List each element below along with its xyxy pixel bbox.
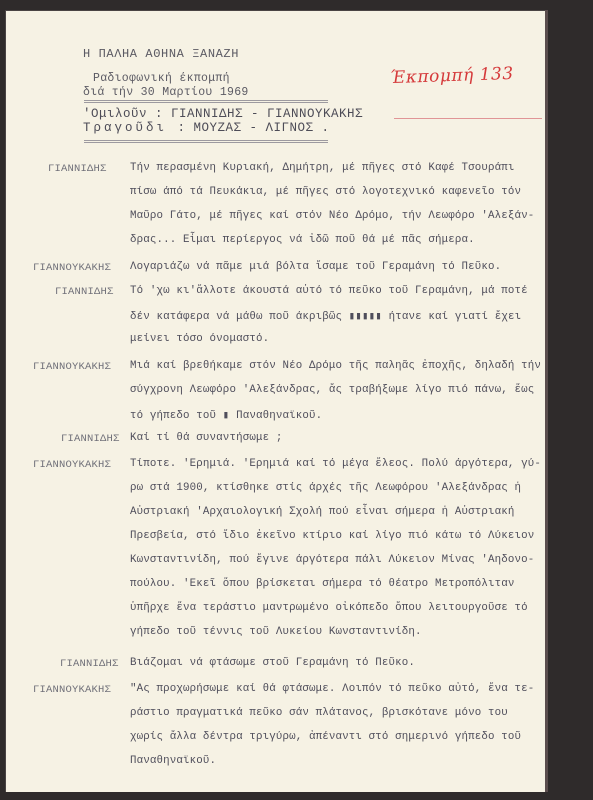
dialogue-line: Τό 'χω κι'ἄλλοτε άκουστά αὐτό τό πεῦκο τ…	[130, 285, 528, 297]
speakers-line: 'Ομιλοῦν : ΓΙΑΝΝΙΔΗΣ - ΓΙΑΝΝΟΥΚΑΚΗΣ	[83, 107, 363, 121]
songs-label: Τραγοῦδι	[83, 121, 167, 135]
handwritten-underline	[394, 118, 542, 119]
dialogue-line: δέν κατάφερα νά μάθω ποῦ άκριβῶς ▮▮▮▮▮ ή…	[130, 309, 521, 323]
dialogue-line: πούλου. 'Εκεῖ ὅπου βρίσκεται σήμερα τό θ…	[130, 578, 515, 590]
dialogue-line: Πρεσβεία, στό ἴδιο ἐκεῖνο κτίριο καί λίγ…	[130, 530, 534, 542]
header-divider-lower	[84, 140, 328, 143]
document-title: Η ΠΑΛΗΑ ΑΘΗΝΑ ΞΑΝΑΖΗ	[83, 47, 239, 61]
dialogue-line: Μαῦρο Γάτο, μέ πῆγες καί στόν Νέο Δρόμο,…	[130, 210, 534, 222]
speaker-label: ΓΙΑΝΝΙΔΗΣ	[48, 163, 107, 175]
dialogue-line: γήπεδο τοῦ τέννις τοῦ Λυκείου Κωνσταντιν…	[130, 626, 422, 638]
speaker-label: ΓΙΑΝΝΟΥΚΑΚΗΣ	[33, 459, 111, 471]
dialogue-line: "Ας προχωρήσωμε καί θά φτάσωμε. Λοιπόν τ…	[130, 683, 534, 695]
speakers-label: 'Ομιλοῦν	[83, 107, 147, 121]
songs-value: : ΜΟΥΖΑΣ - ΛΙΓΝΟΣ .	[178, 121, 330, 135]
page-edge-shadow	[545, 10, 548, 792]
speaker-label: ΓΙΑΝΝΙΔΗΣ	[61, 433, 120, 445]
speaker-label: ΓΙΑΝΝΟΥΚΑΚΗΣ	[33, 262, 111, 274]
speaker-label: ΓΙΑΝΝΙΔΗΣ	[60, 658, 119, 670]
dialogue-line: Παναθηναϊκοῦ.	[130, 755, 216, 767]
header-divider	[84, 100, 328, 103]
dialogue-line: Τήν περασμένη Κυριακή, Δημήτρη, μέ πῆγες…	[130, 162, 515, 174]
dialogue-line: δρας... Εἶμαι περίεργος νά ἰδῶ ποῦ θά μέ…	[130, 234, 475, 246]
dialogue-line: πίσω άπό τά Πευκάκια, μέ πῆγες στό λογοτ…	[130, 186, 521, 198]
dialogue-line: μείνει τόσο όνομαστό.	[130, 333, 269, 345]
document-subtitle-broadcast: Ραδιοφωνική έκπομπή	[93, 72, 230, 85]
speaker-label: ΓΙΑΝΝΟΥΚΑΚΗΣ	[33, 684, 111, 696]
speaker-label: ΓΙΑΝΝΟΥΚΑΚΗΣ	[33, 361, 111, 373]
dialogue-line: Μιά καί βρεθήκαμε στόν Νέο Δρόμο τῆς παλ…	[130, 360, 541, 372]
dialogue-line: τό γήπεδο τοῦ ▮ Παναθηναϊκοῦ.	[130, 408, 322, 422]
dialogue-line: σύγχρονη Λεωφόρο 'Αλεξάνδρας, ἄς τραβήξω…	[130, 384, 534, 396]
dialogue-line: Καί τί θά συναντήσωμε ;	[130, 432, 282, 444]
dialogue-line: ὑπῆρχε ἕνα τεράστιο μαντρωμένο οἰκόπεδο …	[130, 602, 528, 614]
dialogue-line: Λογαριάζω νά πᾶμε μιά βόλτα ἴσαμε τοῦ Γε…	[130, 261, 501, 273]
document-subtitle-date: διά τήν 30 Μαρτίου 1969	[83, 86, 249, 99]
dialogue-line: Τίποτε. 'Ερημιά. 'Ερημιά καί τό μέγα ἔλε…	[130, 458, 541, 470]
dialogue-line: Κωνσταντινίδη, πού ἔγινε άργότερα πάλι Λ…	[130, 554, 534, 566]
speaker-label: ΓΙΑΝΝΙΔΗΣ	[55, 286, 114, 298]
dialogue-line: χωρίς ἄλλα δέντρα τριγύρω, ἀπέναντι στό …	[130, 731, 521, 743]
dialogue-line: ράστιο πραγματικά πεῦκο σάν πλάτανος, βρ…	[130, 707, 508, 719]
dialogue-line: Βιάζομαι νά φτάσωμε στοῦ Γεραμάνη τό Πεῦ…	[130, 657, 415, 669]
speakers-value: : ΓΙΑΝΝΙΔΗΣ - ΓΙΑΝΝΟΥΚΑΚΗΣ	[155, 107, 363, 121]
dialogue-line: Αὐστριακή 'Αρχαιολογική Σχολή πού εἶναι …	[130, 506, 515, 518]
songs-line: Τραγοῦδι : ΜΟΥΖΑΣ - ΛΙΓΝΟΣ .	[83, 121, 330, 135]
dialogue-line: ρω στά 1900, κτίσθηκε στίς άρχές τῆς Λεω…	[130, 482, 521, 494]
